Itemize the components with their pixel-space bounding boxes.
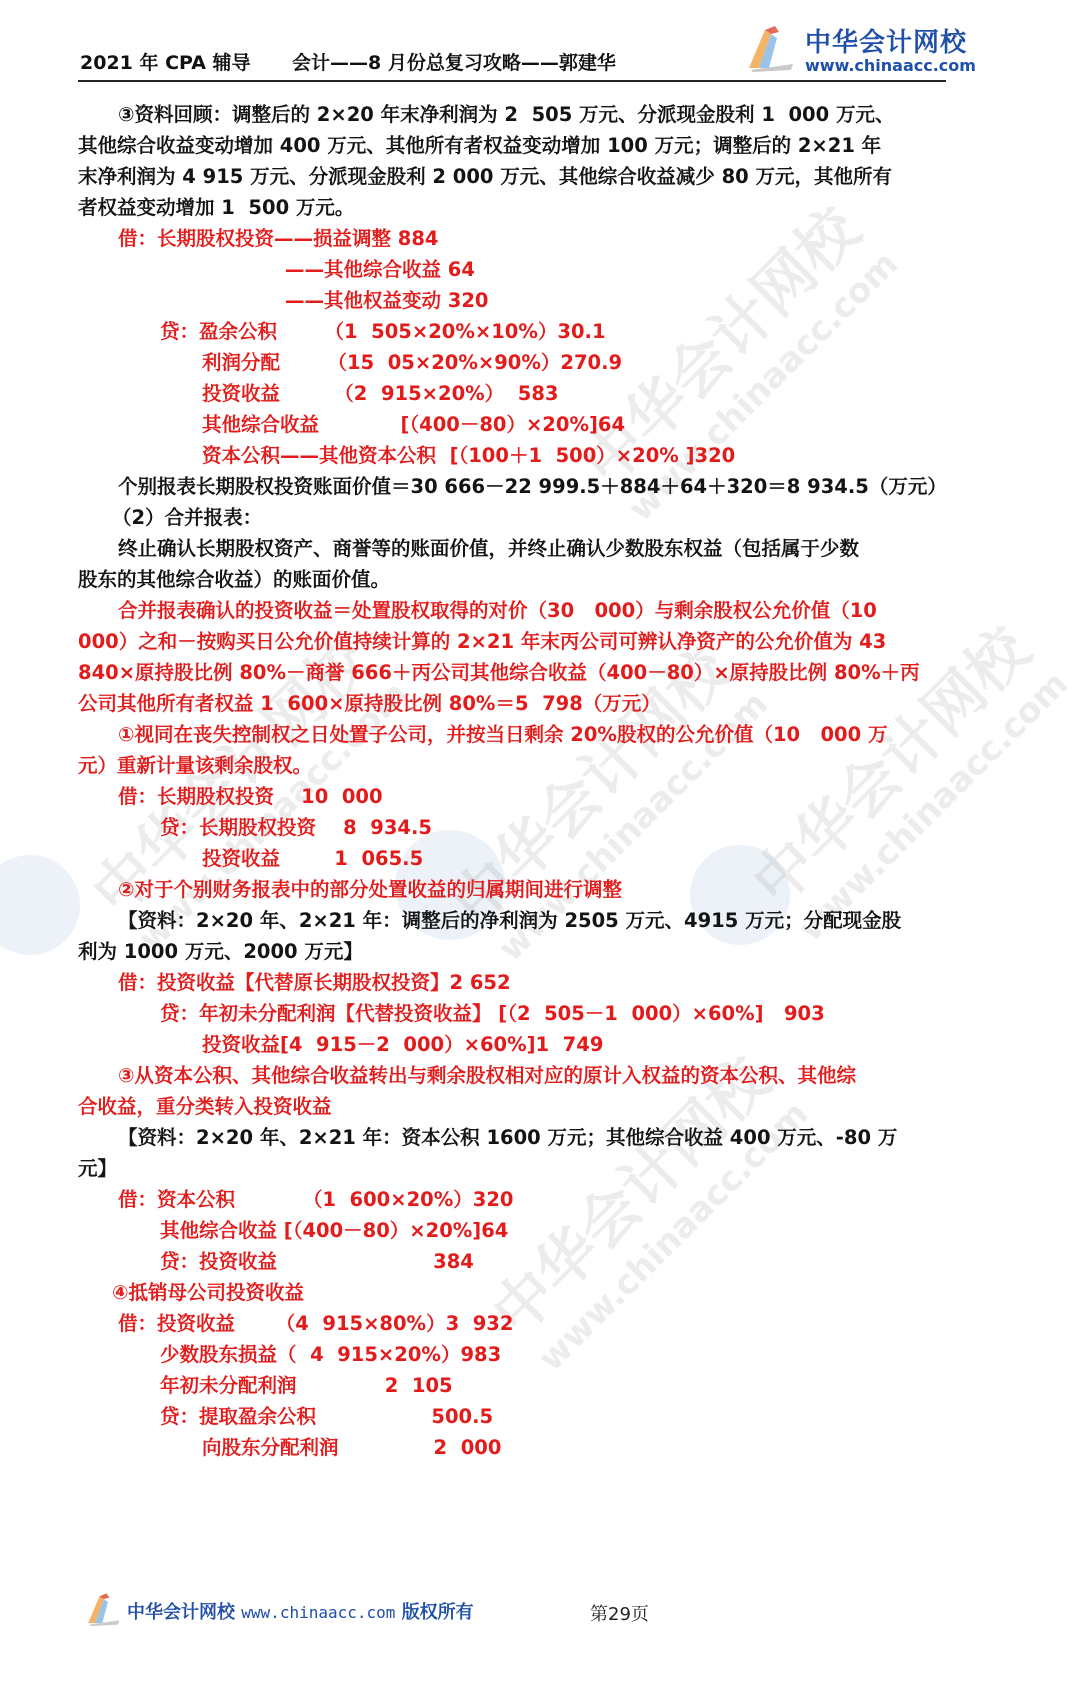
document-page: 中华会计网校www.chinaacc.com 中华会计网校www.chinaac… [0,0,1080,1692]
text-line: ①视同在丧失控制权之日处置子公司，并按当日剩余 20%股权的公允价值（10 00… [118,720,887,750]
brand-logo: 中华会计网校 www.chinaacc.com [745,18,985,78]
text-line: 840×原持股比例 80%－商誉 666＋丙公司其他综合收益（400－80）×原… [78,658,920,688]
text-line: 终止确认长期股权资产、商誉等的账面价值，并终止确认少数股东权益（包括属于少数 [118,534,859,564]
text-line: 合收益，重分类转入投资收益 [78,1092,332,1122]
brand-name: 中华会计网校 [805,22,967,59]
brand-url: www.chinaacc.com [805,56,976,75]
text-line: 利为 1000 万元、2000 万元】 [78,937,363,967]
footer-url: www.chinaacc.com [241,1603,395,1622]
text-line: ③资料回顾：调整后的 2×20 年末净利润为 2 505 万元、分派现金股利 1… [118,100,895,130]
text-line: ——其他权益变动 320 [285,286,489,316]
text-line: 其他综合收益 [（400－80）×20%]64 [202,410,625,440]
text-line: 借：长期股权投资 10 000 [118,782,383,812]
text-line: 贷：提取盈余公积 500.5 [160,1402,493,1432]
text-line: 借：投资收益【代替原长期股权投资】2 652 [118,968,511,998]
footer-brand: 中华会计网校 [127,1602,235,1623]
text-line: 借：长期股权投资——损益调整 884 [118,224,439,254]
text-line: 利润分配 （15 05×20%×90%）270.9 [202,348,622,378]
text-line: 【资料：2×20 年、2×21 年：资本公积 1600 万元；其他综合收益 40… [118,1123,897,1153]
text-line: 者权益变动增加 1 500 万元。 [78,193,354,223]
footer-rights: 版权所有 [402,1602,474,1623]
text-line: 公司其他所有者权益 1 600×原持股比例 80%＝5 798（万元） [78,689,661,719]
text-line: 个别报表长期股权投资账面价值＝30 666－22 999.5＋884＋64＋32… [118,472,947,502]
text-line: ④抵销母公司投资收益 [112,1278,304,1308]
text-line: 其他综合收益 [（400－80）×20%]64 [160,1216,508,1246]
subject-title: 会计——8 月份总复习攻略——郭建华 [292,48,616,75]
text-line: 贷：盈余公积 （1 505×20%×10%）30.1 [160,317,606,347]
text-line: 000）之和－按购买日公允价值持续计算的 2×21 年末丙公司可辨认净资产的公允… [78,627,886,657]
text-line: 元）重新计量该剩余股权。 [78,751,312,781]
text-line: 少数股东损益（ 4 915×20%）983 [160,1340,501,1370]
text-line: 【资料：2×20 年、2×21 年：调整后的净利润为 2505 万元、4915 … [118,906,901,936]
text-line: 年初未分配利润 2 105 [160,1371,453,1401]
page-number: 第29页 [590,1600,649,1626]
text-line: 股东的其他综合收益）的账面价值。 [78,565,390,595]
text-line: 借：资本公积 （1 600×20%）320 [118,1185,513,1215]
text-line: 投资收益[4 915－2 000）×60%]1 749 [202,1030,603,1060]
text-line: 投资收益 1 065.5 [202,844,423,874]
text-line: 借：投资收益 （4 915×80%）3 932 [118,1309,513,1339]
text-line: 投资收益 （2 915×20%） 583 [202,379,558,409]
text-line: 贷：长期股权投资 8 934.5 [160,813,432,843]
text-line: （2）合并报表： [112,503,262,533]
text-line: 其他综合收益变动增加 400 万元、其他所有者权益变动增加 100 万元；调整后… [78,131,881,161]
course-title: 2021 年 CPA 辅导 [80,48,251,75]
header-divider [78,80,946,82]
footer-copyright: 中华会计网校 www.chinaacc.com 版权所有 [127,1598,474,1624]
text-line: 合并报表确认的投资收益＝处置股权取得的对价（30 000）与剩余股权公允价值（1… [118,596,877,626]
text-line: 贷：年初未分配利润【代替投资收益】 [（2 505－1 000）×60%] 90… [160,999,825,1029]
footer-logo-icon [85,1592,121,1626]
watermark-logo-left [0,855,80,955]
text-line: ——其他综合收益 64 [285,255,475,285]
text-line: 贷：投资收益 384 [160,1247,474,1277]
text-line: 资本公积——其他资本公积 [（100＋1 500）×20% ]320 [202,441,735,471]
text-line: ②对于个别财务报表中的部分处置收益的归属期间进行调整 [118,875,622,905]
text-line: 向股东分配利润 2 000 [202,1433,501,1463]
text-line: ③从资本公积、其他综合收益转出与剩余股权相对应的原计入权益的资本公积、其他综 [118,1061,856,1091]
text-line: 末净利润为 4 915 万元、分派现金股利 2 000 万元、其他综合收益减少 … [78,162,892,192]
text-line: 元】 [78,1154,117,1184]
brand-logo-icon [745,24,795,72]
